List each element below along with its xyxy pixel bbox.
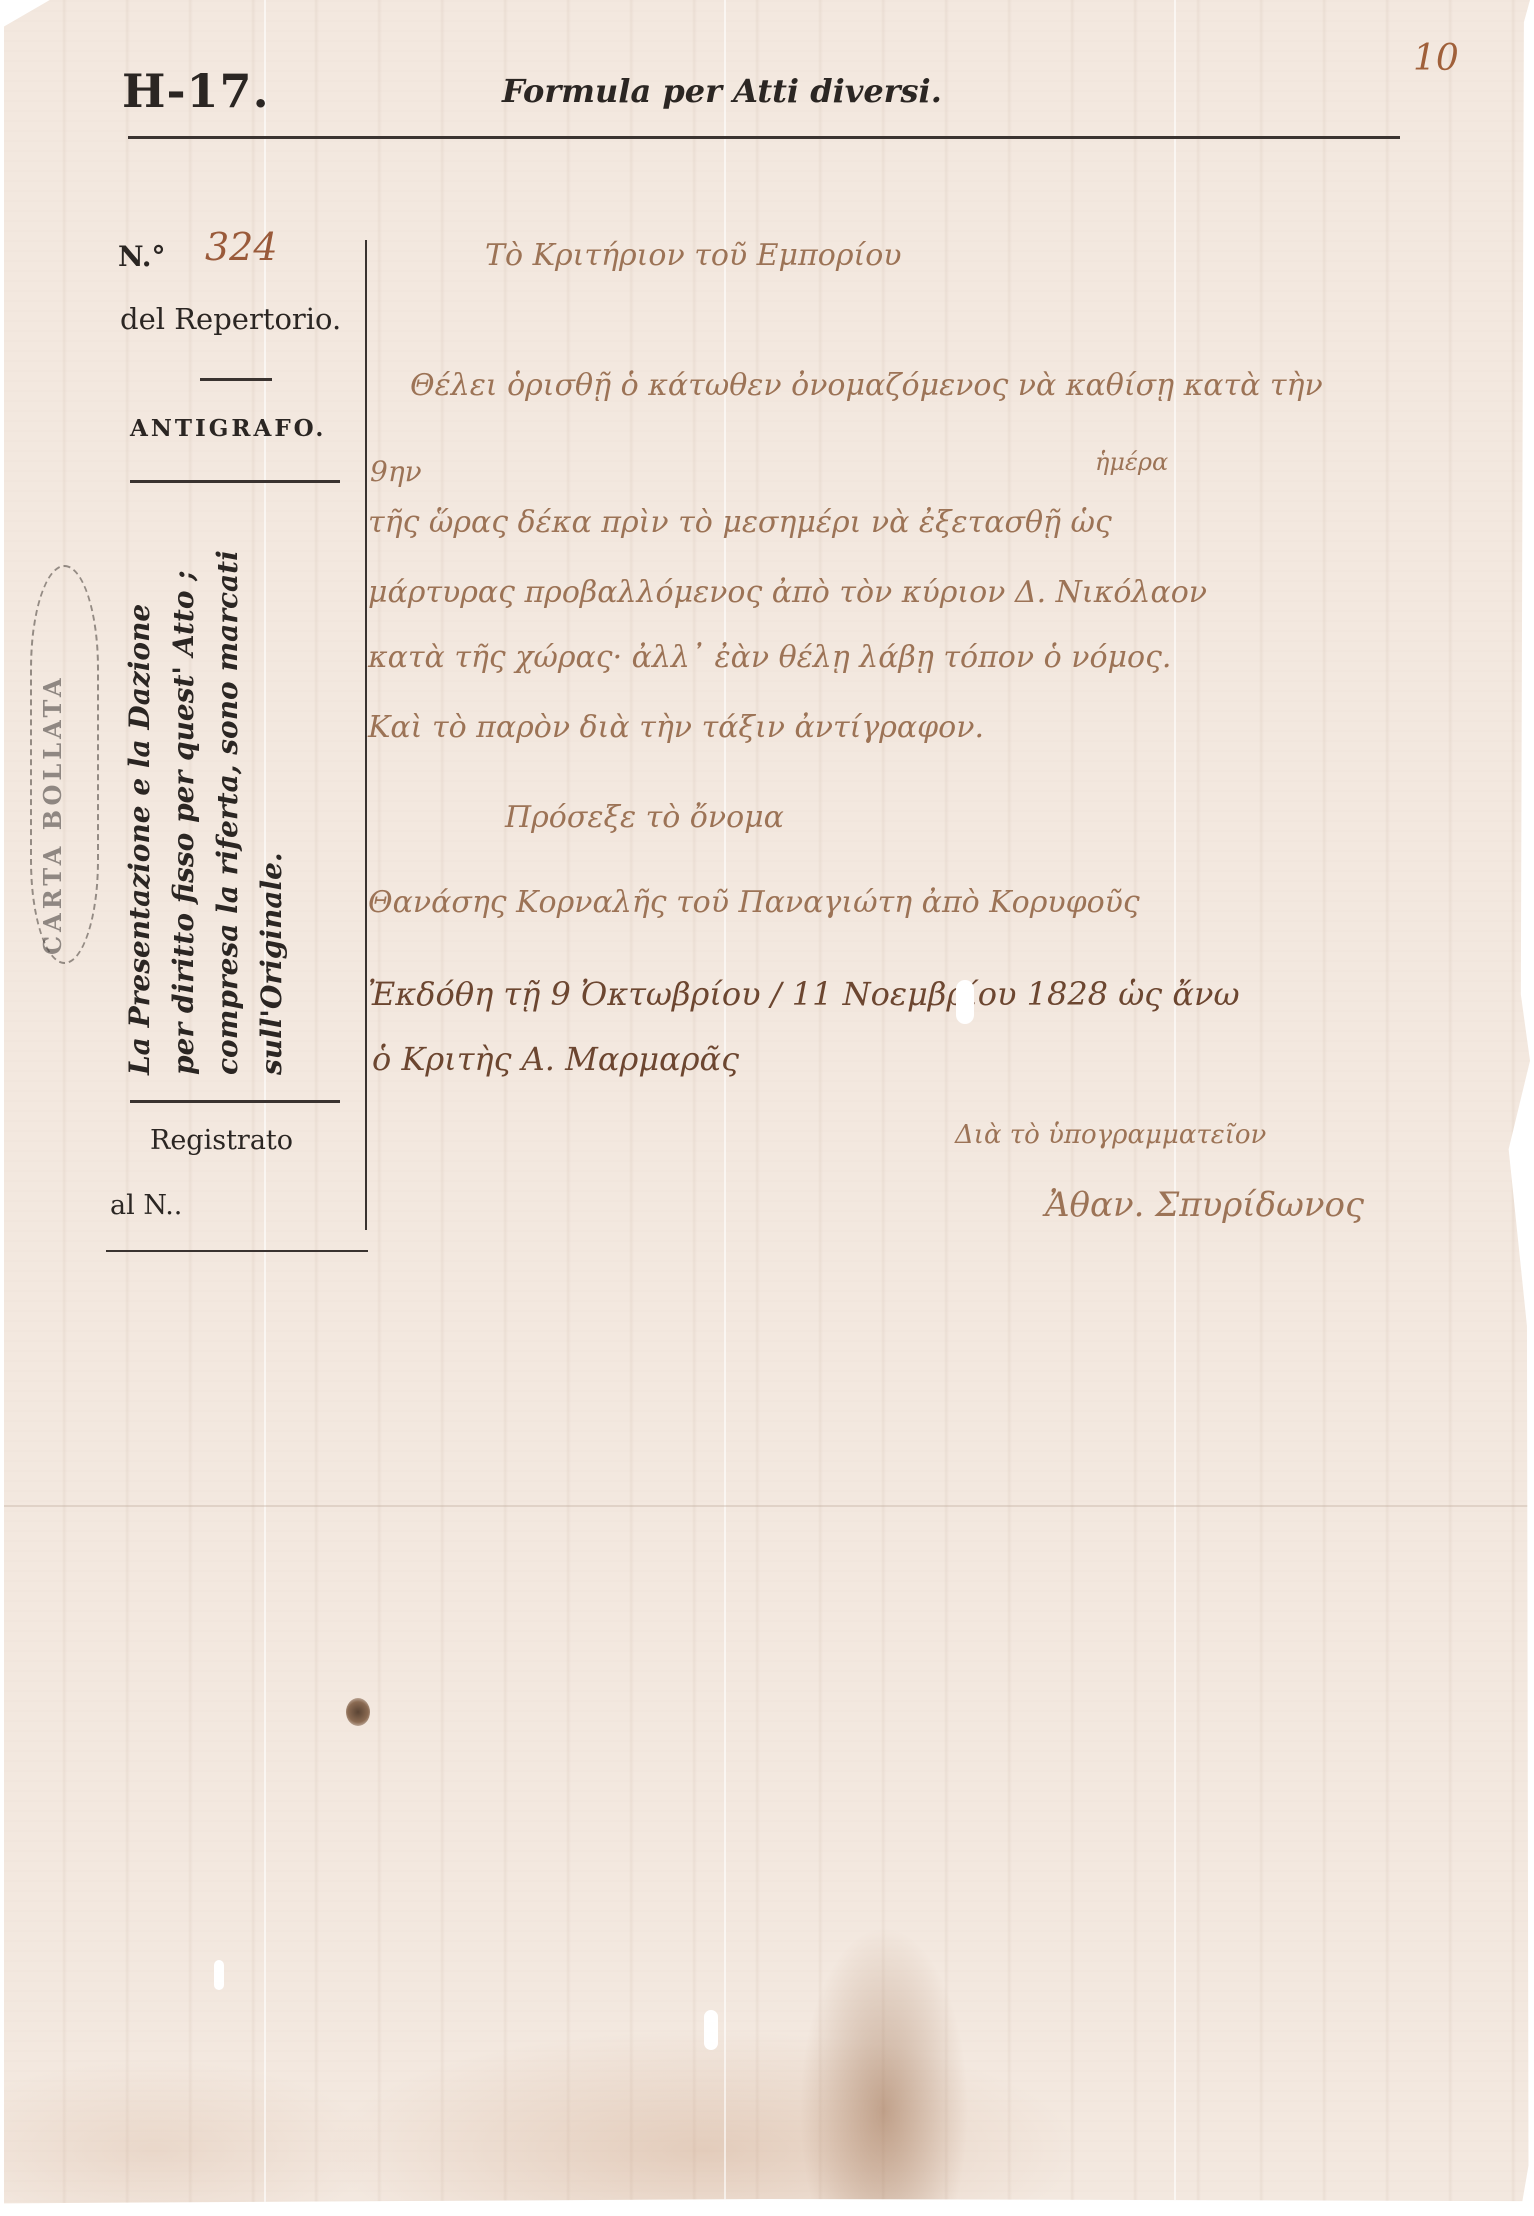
handwritten-line: Καὶ τὸ παρὸν διὰ τὴν τάξιν ἀντίγραφον. bbox=[368, 710, 984, 745]
form-title: Formula per Atti diversi. bbox=[502, 72, 942, 110]
antigrafo-label: ANTIGRAFO. bbox=[130, 415, 326, 442]
handwritten-insertion: ἡμέρα bbox=[1095, 448, 1168, 476]
al-n-label: al N.. bbox=[110, 1190, 182, 1221]
paper-hole bbox=[214, 1960, 224, 1990]
handwritten-line: Θέλει ὁρισθῇ ὁ κάτωθεν ὀνομαζόμενος νὰ κ… bbox=[410, 368, 1323, 403]
number-label: N.° bbox=[118, 240, 166, 273]
handwritten-date-line: Ἐκδόθη τῇ 9 Ὀκτωβρίου / 11 Νοεμβρίου 182… bbox=[368, 975, 1240, 1013]
handwritten-heading: Τὸ Κριτήριον τοῦ Εμπορίου bbox=[485, 238, 902, 273]
sidebar-bottom-rule bbox=[106, 1250, 368, 1252]
paper-fold bbox=[4, 1505, 1530, 1507]
ink-spot bbox=[346, 1698, 370, 1726]
paper-crease bbox=[1174, 0, 1176, 2210]
sidebar-divider bbox=[365, 240, 367, 1230]
paper-hole bbox=[956, 980, 974, 1024]
paper-crease bbox=[724, 0, 726, 2210]
secretariat-line: Διὰ τὸ ὑπογραμματεῖον bbox=[955, 1120, 1266, 1150]
notice-line: La Presentazione e la Dazione bbox=[118, 495, 162, 1075]
judge-signature: ὁ Κριτὴς Α. Μαρμαρᾶς bbox=[372, 1040, 739, 1078]
folio-number: 10 bbox=[1413, 38, 1459, 79]
registrato-label: Registrato bbox=[150, 1125, 293, 1156]
paper-hole bbox=[704, 2010, 718, 2050]
notice-line: per diritto fisso per quest' Atto ; bbox=[162, 495, 206, 1075]
notice-block: La Presentazione e la Dazione per diritt… bbox=[118, 495, 348, 1075]
handwritten-line: μάρτυρας προβαλλόμενος ἀπὸ τὸν κύριον Δ.… bbox=[368, 575, 1207, 610]
handwritten-line: 9ην bbox=[370, 455, 422, 488]
separator-dash bbox=[200, 378, 272, 381]
clerk-signature: Ἀθαν. Σπυρίδωνος bbox=[1045, 1185, 1364, 1225]
stamp-text: CARTA BOLLATA bbox=[38, 575, 78, 955]
repertorio-label: del Repertorio. bbox=[120, 302, 341, 336]
notice-line: sull'Originale. bbox=[250, 495, 294, 1075]
repertorio-number: 324 bbox=[205, 225, 278, 269]
handwritten-line: Θανάσης Κορναλῆς τοῦ Παναγιώτη ἀπὸ Κορυφ… bbox=[368, 885, 1140, 920]
handwritten-line: κατὰ τῆς χώρας· ἀλλ᾽ ἐὰν θέλῃ λάβῃ τόπον… bbox=[368, 640, 1171, 675]
handwritten-line: Πρόσεξε τὸ ὄνομα bbox=[505, 800, 784, 835]
notice-bracket-top bbox=[130, 480, 340, 493]
notice-line: compresa la riferta, sono marcati bbox=[206, 495, 250, 1075]
form-code: H-17. bbox=[122, 64, 270, 118]
notice-bracket-bottom bbox=[130, 1090, 340, 1103]
handwritten-line: τῆς ὥρας δέκα πρὶν τὸ μεσημέρι νὰ ἐξετασ… bbox=[368, 505, 1112, 540]
header-rule bbox=[128, 136, 1400, 139]
